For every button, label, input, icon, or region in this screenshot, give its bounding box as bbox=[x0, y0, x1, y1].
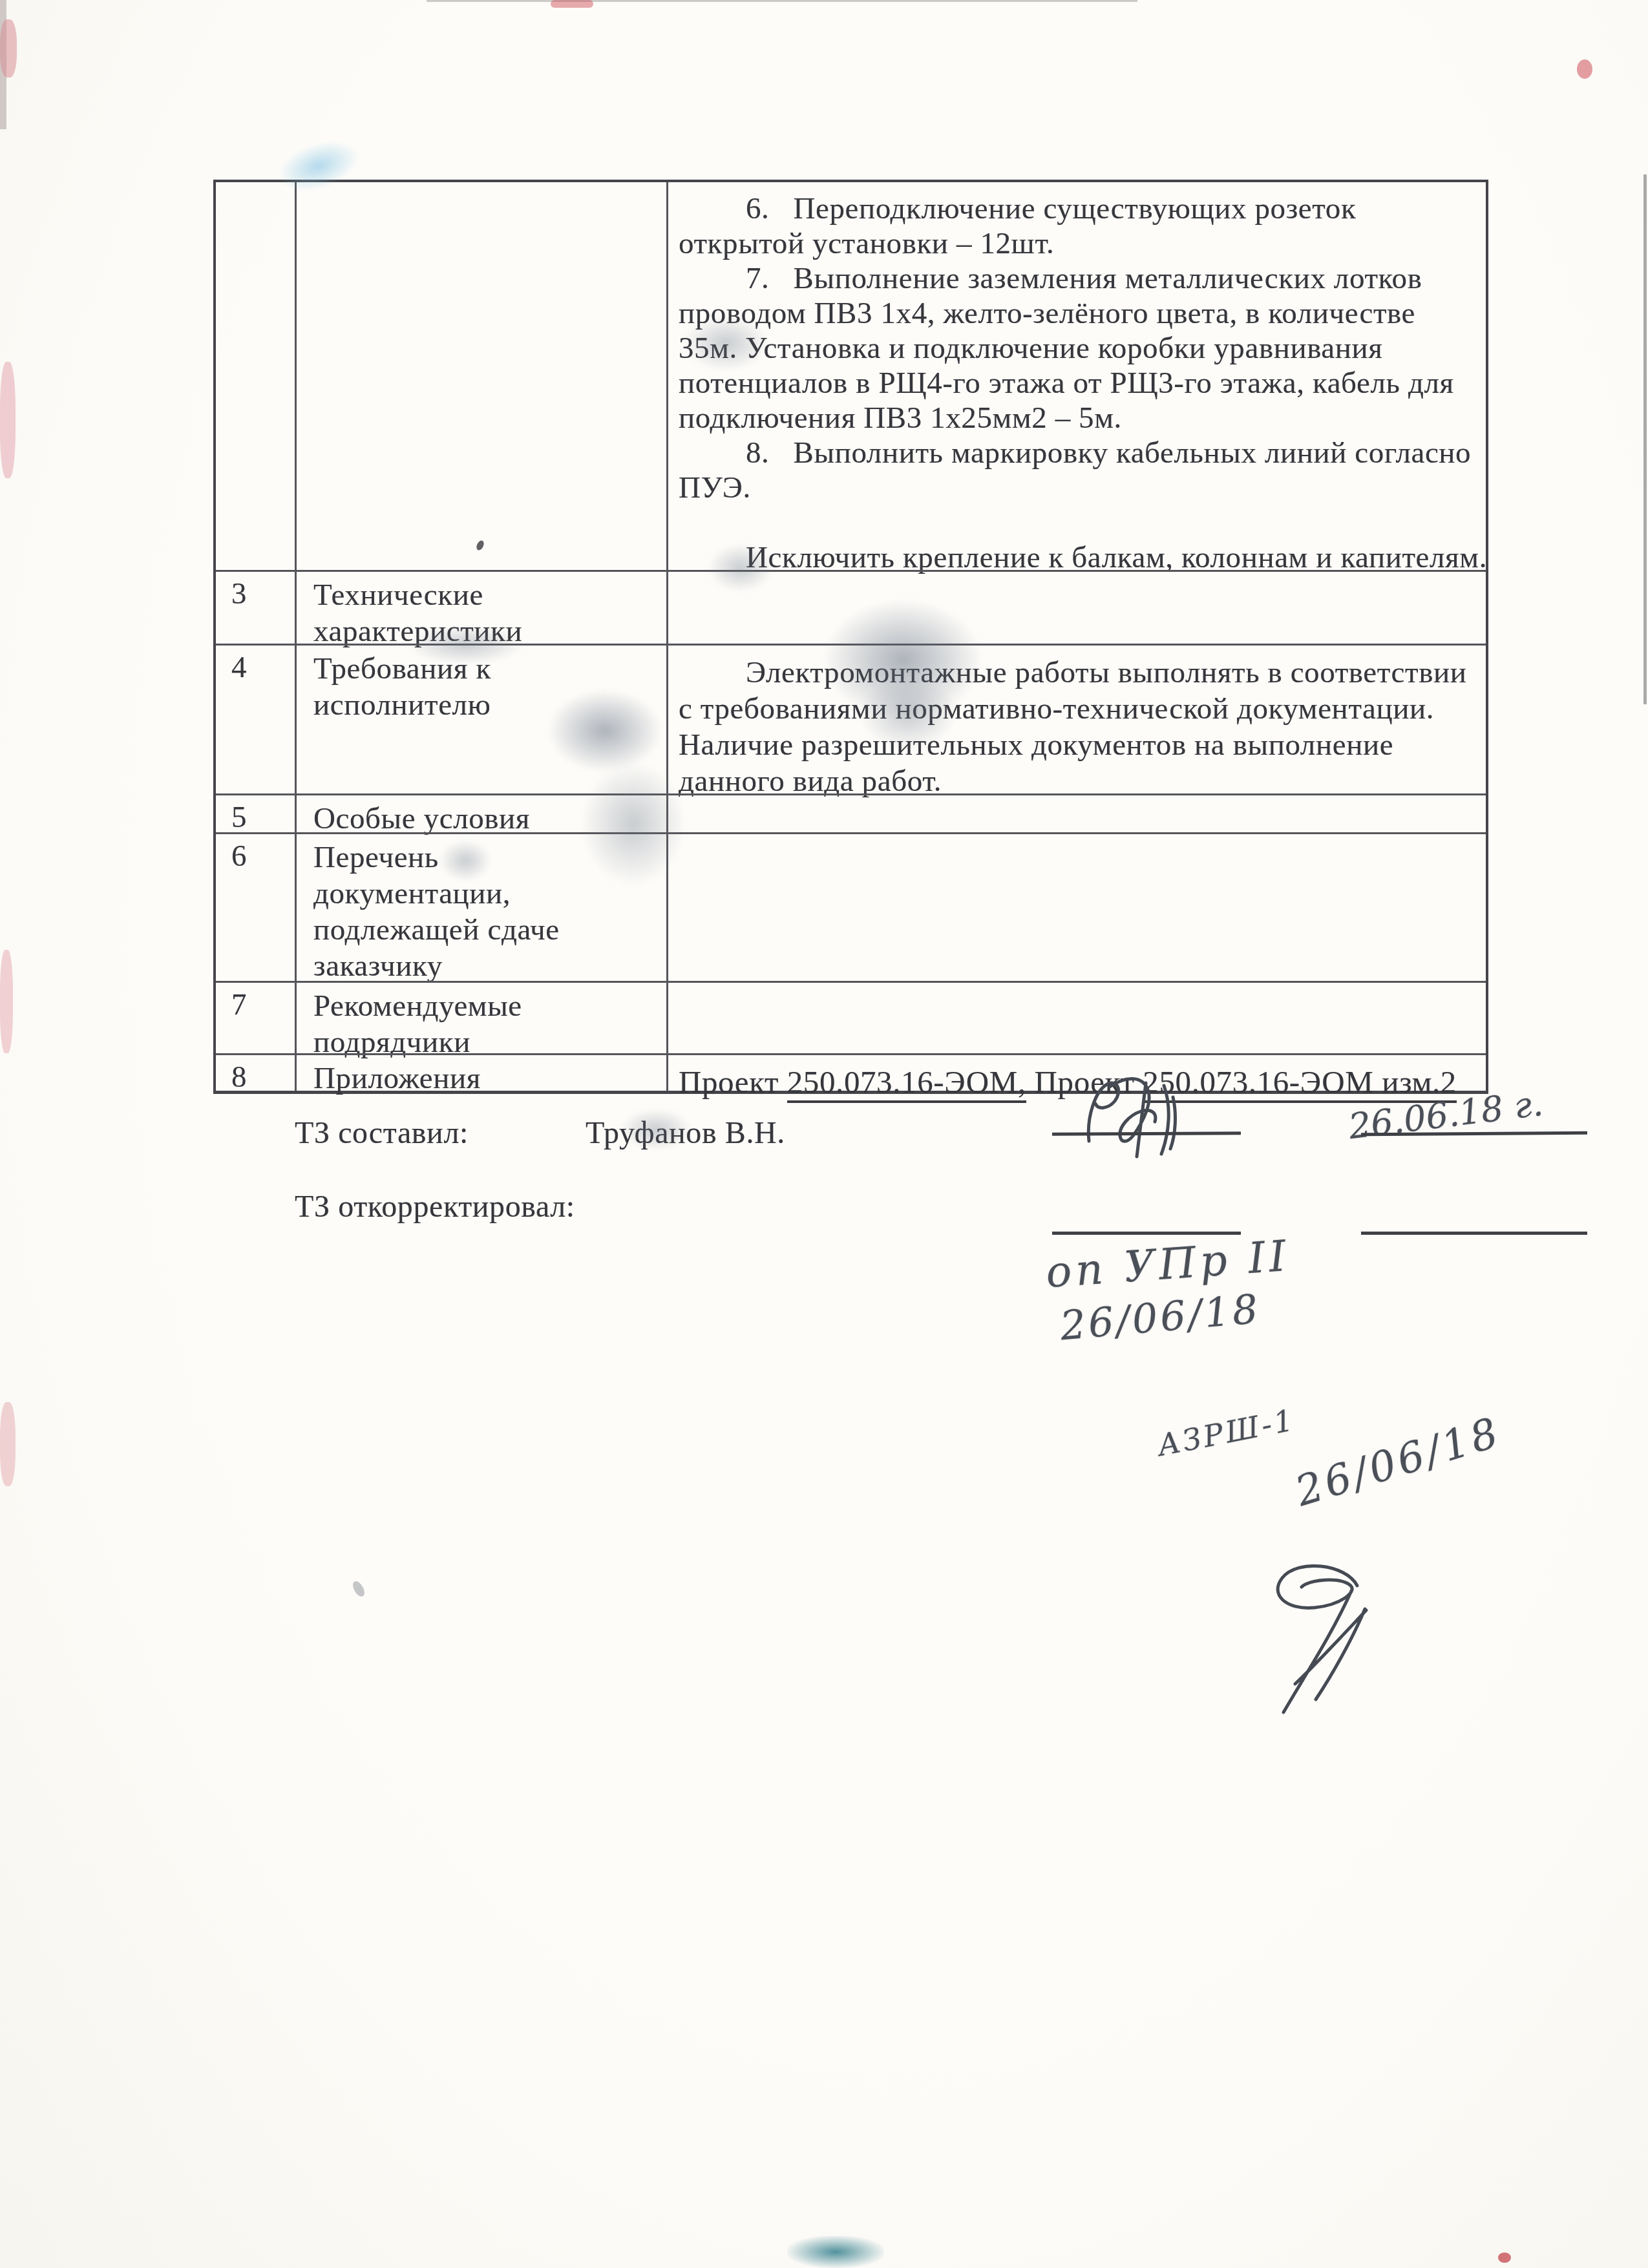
content-line: Наличие разрешительных документов на вып… bbox=[679, 727, 1481, 763]
scan-stain bbox=[620, 1109, 692, 1150]
label-line: подлежащей сдаче bbox=[313, 912, 666, 948]
scan-red-mark-topright bbox=[1577, 59, 1592, 79]
row-number-text: 3 bbox=[231, 577, 247, 611]
label-line: Приложения bbox=[313, 1060, 666, 1097]
scan-speck bbox=[350, 1579, 366, 1599]
row-content-empty bbox=[668, 981, 1486, 1053]
content-line: с требованиями нормативно-технической до… bbox=[679, 691, 1481, 727]
content-line: 6. Переподключение существующих розеток bbox=[679, 191, 1481, 226]
content-line: Электромонтажные работы выполнять в соот… bbox=[679, 655, 1481, 691]
scan-stain bbox=[407, 625, 523, 664]
signature-scribble bbox=[1070, 1071, 1218, 1168]
appendix-part-underlined: 250.073.16-ЭОМ, bbox=[787, 1064, 1026, 1103]
table-row-continuation-label bbox=[297, 182, 668, 570]
signature-line-blank bbox=[1052, 1232, 1241, 1235]
content-line: 8. Выполнить маркировку кабельных линий … bbox=[679, 436, 1481, 470]
row-number-text: 8 bbox=[231, 1060, 247, 1094]
row-number-text: 4 bbox=[231, 651, 247, 684]
content-line-blank bbox=[679, 505, 1481, 540]
scan-edge-red-smudge bbox=[0, 950, 13, 1053]
scan-right-edge-line bbox=[1643, 174, 1647, 704]
table-row-continuation-num bbox=[216, 182, 297, 570]
row-number-text: 6 bbox=[231, 839, 247, 873]
handwritten-annotation2-date: 26/06/18 bbox=[1290, 1409, 1506, 1517]
table-row-continuation-content: 6. Переподключение существующих розеток … bbox=[668, 182, 1486, 570]
row-content-requirements: Электромонтажные работы выполнять в соот… bbox=[668, 644, 1486, 793]
content-line: подключения ПВ3 1х25мм2 – 5м. bbox=[679, 401, 1481, 436]
label-line: Рекомендуемые bbox=[313, 988, 666, 1024]
scan-top-hairline bbox=[427, 0, 1137, 2]
row-number: 3 bbox=[216, 570, 297, 644]
scan-stain bbox=[582, 762, 685, 885]
content-line: 35м. Установка и подключение коробки ура… bbox=[679, 331, 1481, 366]
scan-stain bbox=[860, 678, 956, 750]
row-number: 8 bbox=[216, 1053, 297, 1091]
scan-edge-red-smudge bbox=[0, 1402, 16, 1486]
content-line: проводом ПВ3 1х4, желто-зелёного цвета, … bbox=[679, 296, 1481, 331]
handwritten-annotation2-code: АЗРШ-1 bbox=[1155, 1402, 1298, 1463]
content-line: потенциалов в РЩ4-го этажа от РЩ3-го эта… bbox=[679, 366, 1481, 401]
row-number: 5 bbox=[216, 793, 297, 832]
row-number: 6 bbox=[216, 832, 297, 981]
row-content-empty bbox=[668, 570, 1486, 644]
label-line: Технические bbox=[313, 577, 666, 613]
scan-bottom-teal-smudge bbox=[787, 2236, 884, 2268]
corrected-label: ТЗ откорректировал: bbox=[295, 1189, 575, 1224]
scan-edge-red-mark bbox=[0, 19, 17, 78]
row-content-empty bbox=[668, 793, 1486, 832]
content-line: открытой установки – 12шт. bbox=[679, 226, 1481, 261]
scan-stain bbox=[439, 840, 491, 881]
row-number: 7 bbox=[216, 981, 297, 1053]
scan-top-red-dash bbox=[551, 0, 593, 8]
content-line: 7. Выполнение заземления металлических л… bbox=[679, 261, 1481, 296]
scan-stain bbox=[547, 689, 663, 773]
signature-flourish bbox=[1255, 1549, 1397, 1717]
scan-stain bbox=[708, 544, 773, 592]
row-number: 4 bbox=[216, 644, 297, 793]
scan-stain bbox=[684, 315, 768, 371]
scan-edge-red-smudge bbox=[0, 362, 16, 478]
label-line: заказчику bbox=[313, 948, 666, 984]
appendix-part: Проект bbox=[679, 1064, 787, 1100]
row-number-text: 5 bbox=[231, 801, 247, 834]
row-content-empty bbox=[668, 832, 1486, 981]
row-number-text: 7 bbox=[231, 988, 247, 1022]
composed-label: ТЗ составил: bbox=[295, 1115, 469, 1151]
row-label-appendix: Приложения bbox=[297, 1053, 668, 1091]
label-line: документации, bbox=[313, 876, 666, 912]
content-line: ПУЭ. bbox=[679, 470, 1481, 505]
date-line bbox=[1361, 1131, 1587, 1136]
row-label-contractors: Рекомендуемые подрядчики bbox=[297, 981, 668, 1053]
scanned-page: 6. Переподключение существующих розеток … bbox=[0, 0, 1648, 2268]
scan-bottom-red-dot bbox=[1498, 2252, 1511, 2263]
date-line-blank bbox=[1361, 1232, 1587, 1235]
